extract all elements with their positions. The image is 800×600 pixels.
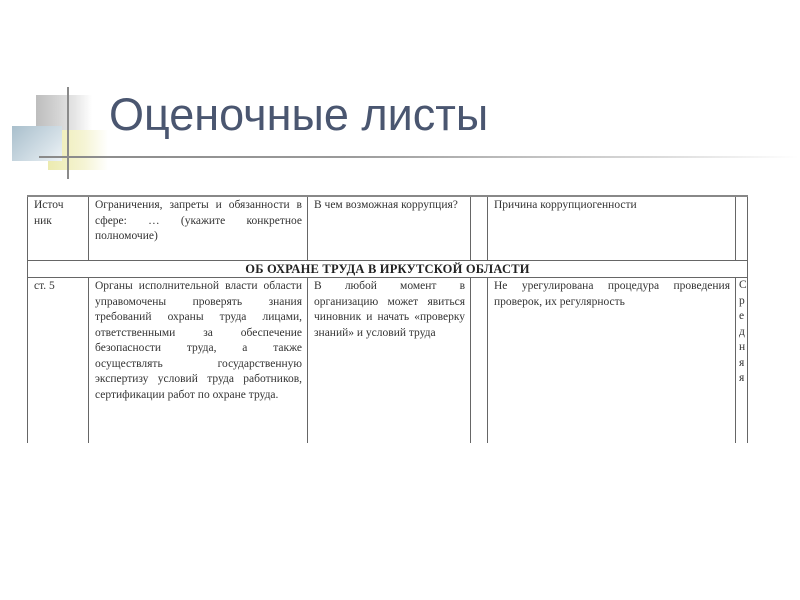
cell-corruption: В любой момент в организацию может явить… [308, 278, 471, 444]
level-letter: д [739, 325, 745, 341]
cell-restriction: Органы исполнительной власти области упр… [89, 278, 308, 444]
header-restriction: Ограничения, запреты и обязанности в сфе… [89, 196, 308, 261]
header-cause: Причина коррупциогенности [488, 196, 736, 261]
table-row: ст. 5 Органы исполнительной власти облас… [28, 278, 748, 444]
level-vertical-text: Средняя [736, 278, 747, 387]
title-underline [39, 156, 799, 158]
level-letter: р [739, 294, 745, 310]
level-letter: н [739, 340, 745, 356]
cell-blank [471, 278, 488, 444]
level-letter: я [739, 371, 744, 387]
decor-vertical-line [67, 87, 69, 179]
level-letter: С [739, 278, 747, 294]
section-title: ОБ ОХРАНЕ ТРУДА В ИРКУТСКОЙ ОБЛАСТИ [28, 261, 748, 278]
table-header-row: Источ ник Ограничения, запреты и обязанн… [28, 196, 748, 261]
section-row: ОБ ОХРАНЕ ТРУДА В ИРКУТСКОЙ ОБЛАСТИ [28, 261, 748, 278]
slide-title: Оценочные листы [109, 88, 488, 142]
level-letter: е [739, 309, 744, 325]
header-blank [471, 196, 488, 261]
header-source: Источ ник [28, 196, 89, 261]
cell-level: Средняя [736, 278, 748, 444]
cell-source: ст. 5 [28, 278, 89, 444]
assessment-table: Источ ник Ограничения, запреты и обязанн… [27, 195, 748, 443]
header-level [736, 196, 748, 261]
cell-cause: Не урегулирована процедура проведения пр… [488, 278, 736, 444]
level-letter: я [739, 356, 744, 372]
header-corruption: В чем возможная коррупция? [308, 196, 471, 261]
